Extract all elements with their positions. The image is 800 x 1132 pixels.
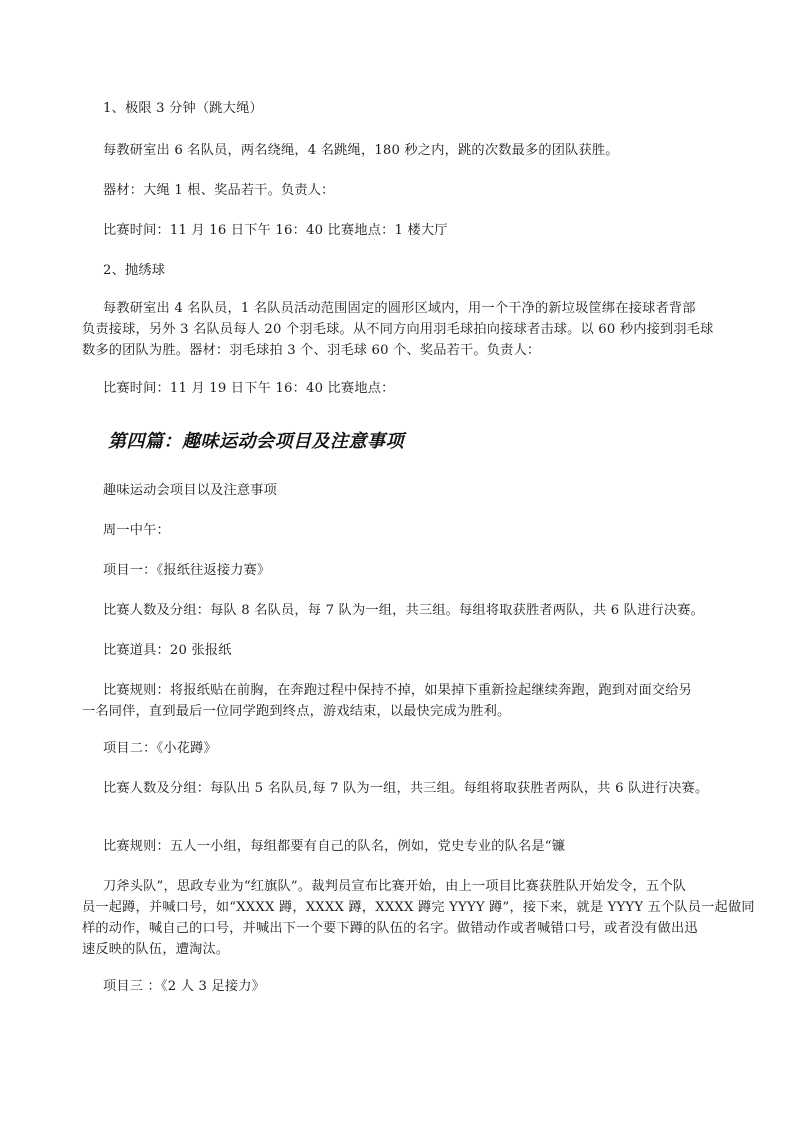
project2-rules-line-3: 样的动作，喊自己的口号，并喊出下一个要下蹲的队伍的名字。做错动作或者喊错口号，或…	[82, 918, 722, 939]
item2-desc-line-3: 数多的团队为胜。器材：羽毛球拍 3 个、羽毛球 60 个、奖品若干。负责人：	[82, 340, 722, 361]
project2-rules-line-1: 刀斧头队”，思政专业为“红旗队”。裁判员宣布比赛开始，由上一项目比赛获胜队开始发…	[82, 876, 722, 897]
item2-desc-line-1: 每教研室出 4 名队员，1 名队员活动范围固定的圆形区域内，用一个干净的新垃圾筐…	[82, 298, 722, 319]
project2-grouping: 比赛人数及分组：每队出 5 名队员,每 7 队为一组，共三组。每组将取获胜者两队…	[82, 778, 743, 799]
project3-title: 项目三 ：《2 人 3 足接力》	[82, 976, 743, 997]
project1-grouping: 比赛人数及分组：每队 8 名队员，每 7 队为一组，共三组。每组将取获胜者两队，…	[82, 600, 743, 621]
item1-description: 每教研室出 6 名队员，两名绕绳，4 名跳绳，180 秒之内，跳的次数最多的团队…	[82, 140, 743, 161]
item1-title: 1、极限 3 分钟（跳大绳）	[82, 98, 743, 119]
section4-subtitle: 趣味运动会项目以及注意事项	[82, 480, 743, 501]
time-slot: 周一中午：	[82, 520, 743, 541]
project2-title: 项目二：《小花蹲》	[82, 738, 743, 759]
document-page: 1、极限 3 分钟（跳大绳） 每教研室出 6 名队员，两名绕绳，4 名跳绳，18…	[0, 0, 800, 1132]
item2-title: 2、抛绣球	[82, 260, 743, 281]
project1-rules-line-2: 一名同伴，直到最后一位同学跑到终点，游戏结束，以最快完成为胜利。	[82, 701, 722, 722]
project1-props: 比赛道具：20 张报纸	[82, 640, 743, 661]
item1-schedule: 比赛时间：11 月 16 日下午 16：40 比赛地点：1 楼大厅	[82, 220, 743, 241]
project1-rules-line-1: 比赛规则：将报纸贴在前胸，在奔跑过程中保持不掉，如果掉下重新捡起继续奔跑，跑到对…	[82, 680, 722, 701]
item2-description: 每教研室出 4 名队员，1 名队员活动范围固定的圆形区域内，用一个干净的新垃圾筐…	[82, 298, 722, 361]
item2-schedule: 比赛时间：11 月 19 日下午 16：40 比赛地点：	[82, 378, 743, 399]
section-heading: 第四篇：趣味运动会项目及注意事项	[108, 427, 404, 453]
item2-desc-line-2: 负责接球，另外 3 名队员每人 20 个羽毛球。从不同方向用羽毛球拍向接球者击球…	[82, 319, 722, 340]
project1-title: 项目一：《报纸往返接力赛》	[82, 560, 743, 581]
project1-rules: 比赛规则：将报纸贴在前胸，在奔跑过程中保持不掉，如果掉下重新捡起继续奔跑，跑到对…	[82, 680, 722, 722]
item1-equipment: 器材：大绳 1 根、奖品若干。负责人：	[82, 180, 743, 201]
project2-rules-line-2: 员一起蹲，并喊口号，如“XXXX 蹲，XXXX 蹲，XXXX 蹲完 YYYY 蹲…	[82, 897, 722, 918]
project2-rules: 刀斧头队”，思政专业为“红旗队”。裁判员宣布比赛开始，由上一项目比赛获胜队开始发…	[82, 876, 722, 960]
project2-rules-first: 比赛规则：五人一小组，每组都要有自己的队名，例如，党史专业的队名是“镰	[82, 836, 743, 857]
project2-rules-line-4: 速反映的队伍，遭淘汰。	[82, 939, 722, 960]
